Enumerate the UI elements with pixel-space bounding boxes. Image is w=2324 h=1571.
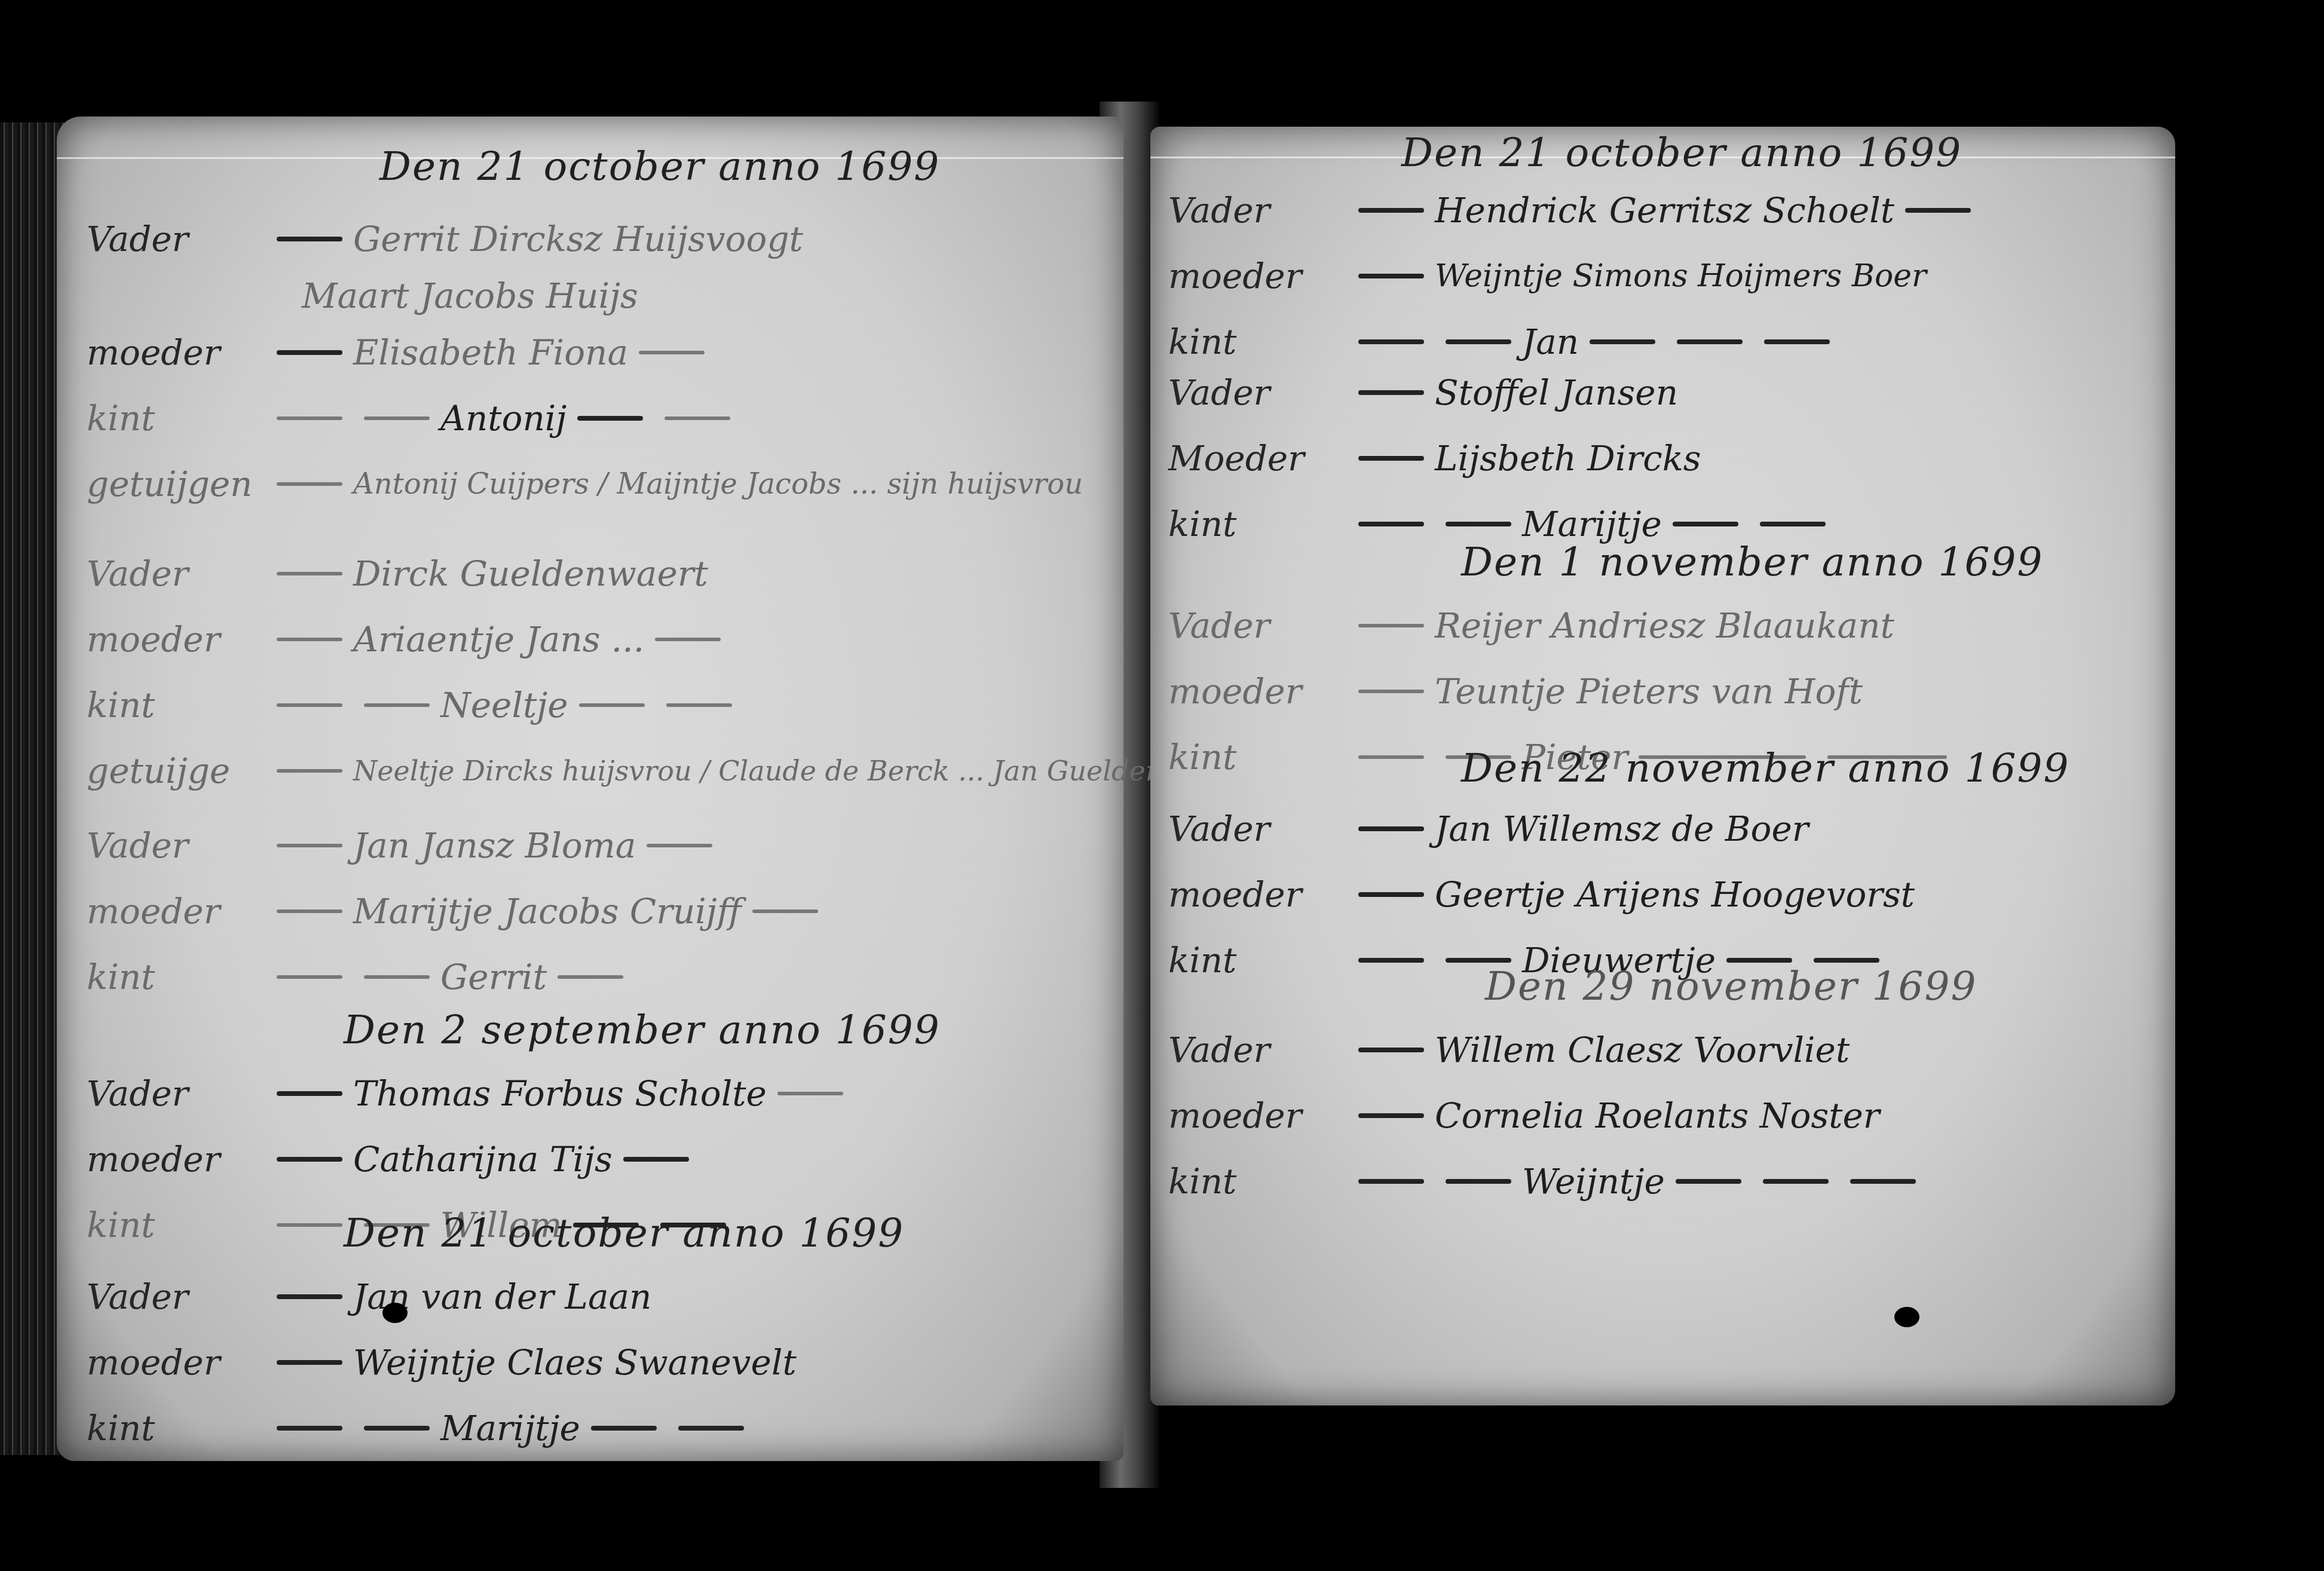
role-label-vader: Vader [87, 219, 266, 259]
witness-names: Neeltje Dircks huijsvrou / Claude de Ber… [353, 755, 1244, 787]
register-entry: VaderJan Jansz Bloma moederMarijtje Jaco… [87, 813, 829, 1010]
entry-date: Den 21 october anno 1699 [379, 143, 940, 189]
role-label-kint: kint [87, 957, 266, 997]
mother-name: Teuntje Pieters van Hoft [1435, 671, 1863, 712]
role-label-kint: kint [1168, 737, 1348, 777]
child-name: Marijtje [440, 1408, 580, 1448]
role-label-getuigen: getuijgen [87, 464, 266, 504]
ink-blot [382, 1303, 408, 1323]
father-name: Hendrick Gerritsz Schoelt [1435, 190, 1894, 231]
entry-note: Maart Jacobs Huijs [302, 275, 638, 316]
role-label-vader: Vader [1168, 190, 1348, 231]
role-label-kint: kint [1168, 940, 1348, 981]
entry-date: Den 1 november anno 1699 [1461, 539, 2043, 585]
mother-name: Weijntje Claes Swanevelt [353, 1342, 797, 1383]
role-label-kint: kint [87, 1205, 266, 1245]
role-label-moeder: moeder [87, 619, 266, 660]
entry-date: Den 21 october anno 1699 [344, 1210, 904, 1256]
role-label-vader: Vader [87, 553, 266, 594]
entry-date: Den 2 september anno 1699 [344, 1007, 941, 1053]
mother-name: Catharijna Tijs [353, 1139, 613, 1180]
role-label-vader: Vader [87, 1276, 266, 1317]
father-name: Jan Jansz Bloma [353, 825, 636, 866]
role-label-moeder: Moeder [1168, 438, 1348, 479]
register-entry: VaderWillem Claesz Voorvliet moederCorne… [1168, 1017, 1927, 1214]
father-name: Dirck Gueldenwaert [353, 553, 708, 594]
father-name: Gerrit Dircksz Huijsvoogt [353, 219, 803, 259]
mother-name: Marijtje Jacobs Cruijff [353, 891, 742, 932]
entry-date: Den 21 october anno 1699 [1401, 130, 1962, 176]
mother-name: Lijsbeth Dircks [1435, 438, 1701, 479]
role-label-moeder: moeder [1168, 671, 1348, 712]
role-label-kint: kint [87, 398, 266, 439]
role-label-vader: Vader [87, 1073, 266, 1114]
witness-names: Antonij Cuijpers / Maijntje Jacobs ... s… [353, 467, 1083, 501]
role-label-vader: Vader [1168, 1030, 1348, 1070]
mother-name: Ariaentje Jans ... [353, 619, 644, 660]
mother-name: Weijntje Simons Hoijmers Boer [1435, 258, 1927, 294]
child-name: Antonij [440, 398, 567, 439]
child-name: Neeltje [440, 685, 568, 725]
role-label-vader: Vader [1168, 809, 1348, 849]
father-name: Reijer Andriesz Blaaukant [1435, 605, 1894, 646]
role-label-moeder: moeder [87, 332, 266, 373]
role-label-vader: Vader [1168, 605, 1348, 646]
register-entry: VaderJan van der Laan moederWeijntje Cla… [87, 1264, 797, 1461]
father-name: Willem Claesz Voorvliet [1435, 1030, 1850, 1070]
child-name: Gerrit [440, 957, 547, 997]
mother-name: Elisabeth Fiona [353, 332, 628, 373]
role-label-moeder: moeder [87, 891, 266, 932]
role-label-kint: kint [1168, 321, 1348, 362]
father-name: Thomas Forbus Scholte [353, 1073, 767, 1114]
left-page: Den 21 october anno 1699 VaderGerrit Dir… [57, 117, 1123, 1461]
role-label-moeder: moeder [1168, 256, 1348, 296]
role-label-moeder: moeder [1168, 874, 1348, 915]
entry-date: Den 29 november 1699 [1485, 963, 1977, 1009]
register-entry: VaderGerrit Dircksz Huijsvoogt Maart Jac… [87, 206, 1083, 517]
child-name: Weijntje [1522, 1161, 1665, 1202]
mother-name: Cornelia Roelants Noster [1435, 1095, 1880, 1136]
register-entry: VaderStoffel Jansen MoederLijsbeth Dirck… [1168, 360, 1836, 557]
register-entry: VaderDirck Gueldenwaert moederAriaentje … [87, 541, 1244, 804]
role-label-kint: kint [1168, 1161, 1348, 1202]
role-label-moeder: moeder [1168, 1095, 1348, 1136]
role-label-kint: kint [87, 1408, 266, 1448]
role-label-kint: kint [87, 685, 266, 725]
child-name: Marijtje [1522, 504, 1662, 544]
role-label-moeder: moeder [87, 1139, 266, 1180]
ink-blot [1894, 1307, 1919, 1327]
father-name: Stoffel Jansen [1435, 372, 1678, 413]
mother-name: Geertje Arijens Hoogevorst [1435, 874, 1915, 915]
role-label-kint: kint [1168, 504, 1348, 544]
role-label-moeder: moeder [87, 1342, 266, 1383]
father-name: Jan Willemsz de Boer [1435, 809, 1808, 849]
right-page: Den 21 october anno 1699 VaderHendrick G… [1150, 127, 2175, 1405]
role-label-vader: Vader [1168, 372, 1348, 413]
register-entry: VaderHendrick Gerritsz Schoelt moederWei… [1168, 177, 1982, 375]
role-label-vader: Vader [87, 825, 266, 866]
entry-date: Den 22 november anno 1699 [1461, 745, 2069, 791]
role-label-getuigen: getuijge [87, 751, 266, 791]
child-name: Jan [1522, 321, 1579, 362]
